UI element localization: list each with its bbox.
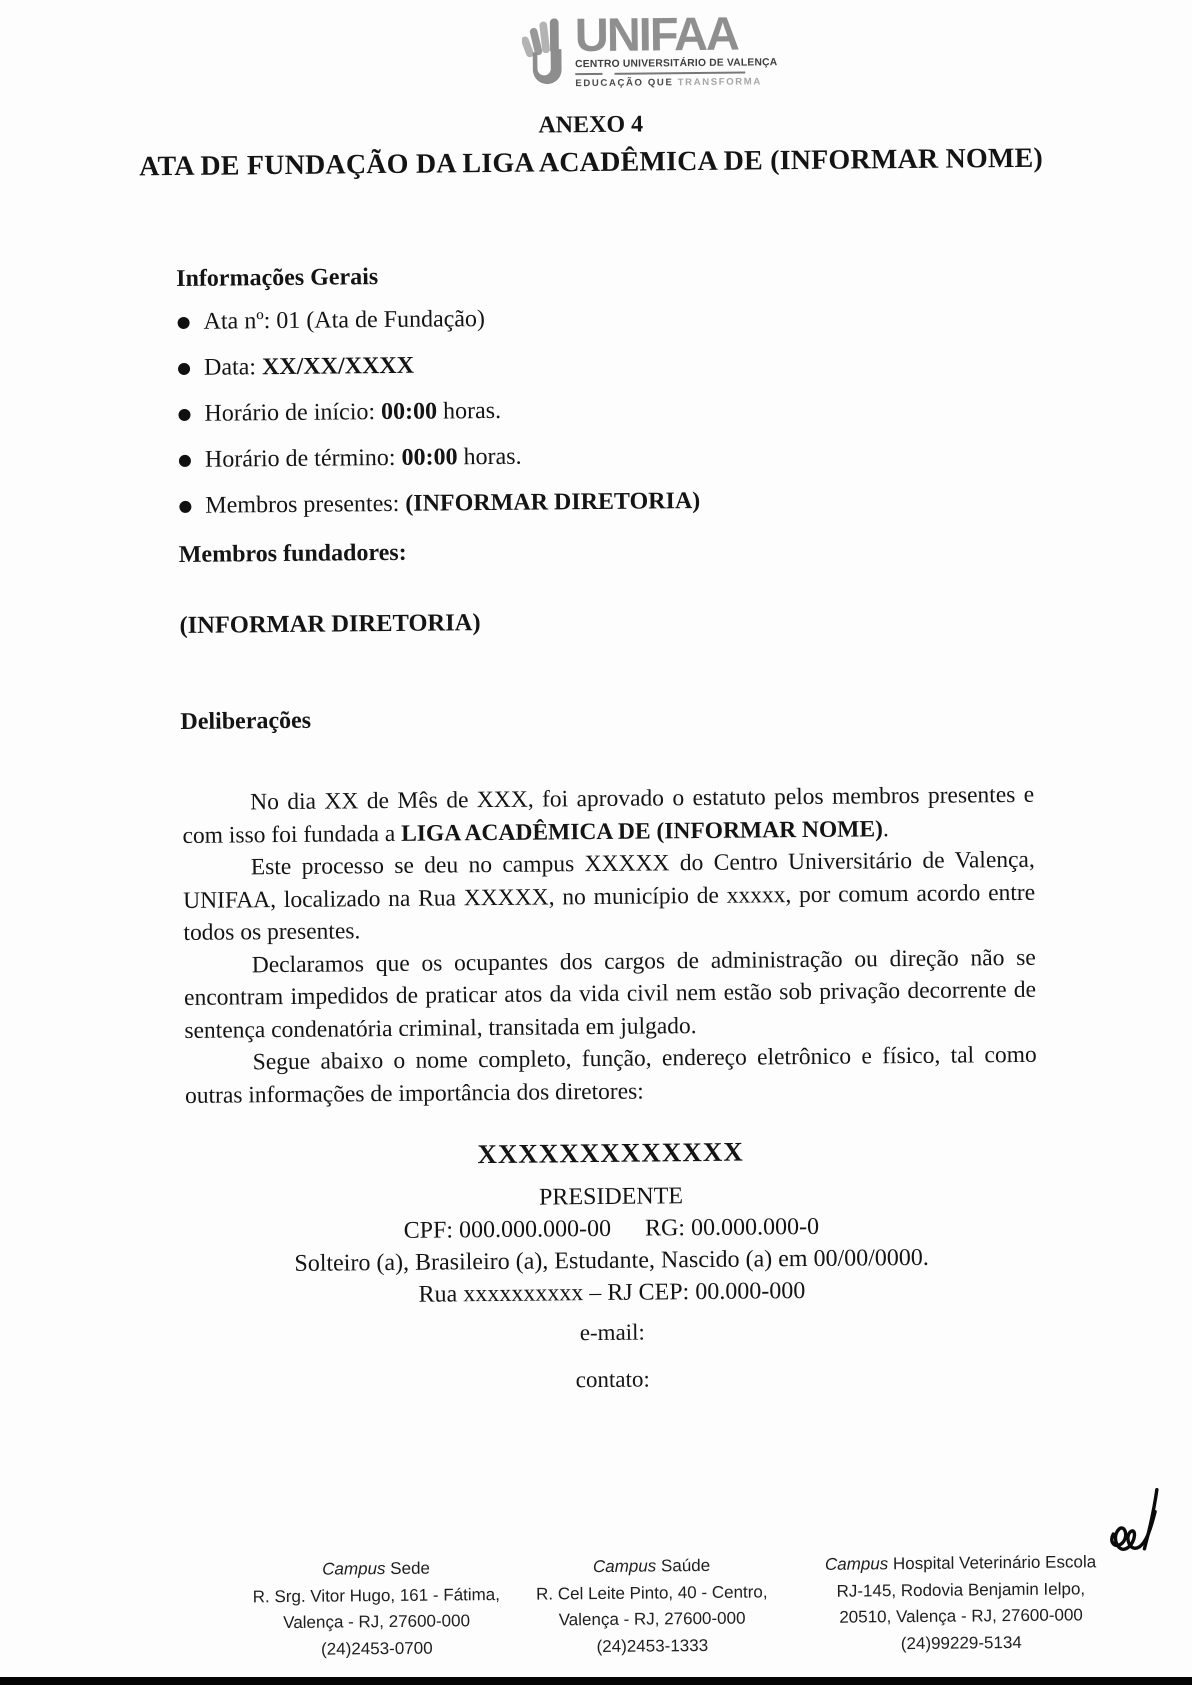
footer-campus-hospital-veterinario: Campus Hospital Veterinário Escola RJ-14… — [780, 1549, 1141, 1658]
unifaa-logo-name: UNIFAA — [575, 13, 745, 57]
bullet-icon — [179, 501, 191, 513]
deliberations-body: No dia XX de Mês de XXX, foi aprovado o … — [182, 779, 1037, 1112]
unifaa-logo-tagline: EDUCAÇÃO QUE TRANSFORMA — [575, 77, 745, 90]
campus-phone: (24)99229-5134 — [781, 1628, 1141, 1658]
tagline-dark: EDUCAÇÃO QUE — [575, 77, 673, 89]
footer-campus-saude: Campus Saúde R. Cel Leite Pinto, 40 - Ce… — [486, 1552, 817, 1661]
contact-label: contato: — [187, 1363, 1039, 1397]
list-item-text: Membros presentes: (INFORMAR DIRETORIA) — [205, 486, 700, 522]
campus-name: Campus Hospital Veterinário Escola — [780, 1549, 1140, 1579]
document-title: ATA DE FUNDAÇÃO DA LIGA ACADÊMICA DE (IN… — [0, 141, 1187, 184]
list-item: Horário de término: 00:00 horas. — [179, 437, 1039, 476]
annex-heading: ANEXO 4 — [0, 106, 1187, 144]
logo-divider — [575, 72, 745, 76]
unifaa-logo-subtitle: CENTRO UNIVERSITÁRIO DE VALENÇA — [575, 58, 745, 71]
list-item-text: Data: XX/XX/XXXX — [204, 351, 414, 384]
campus-address-line: RJ-145, Rodovia Benjamin Ielpo, — [781, 1575, 1141, 1605]
email-label: e-mail: — [186, 1316, 1038, 1350]
document-content: UNIFAA CENTRO UNIVERSITÁRIO DE VALENÇA E… — [0, 0, 1192, 1685]
president-civil-status: Solteiro (a), Brasileiro (a), Estudante,… — [186, 1244, 1038, 1279]
bullet-icon — [178, 363, 190, 375]
list-item: Data: XX/XX/XXXX — [178, 345, 1038, 384]
tagline-light: TRANSFORMA — [678, 76, 762, 88]
list-item: Membros presentes: (INFORMAR DIRETORIA) — [179, 483, 1039, 522]
founders-heading: Membros fundadores: — [179, 540, 407, 569]
unifaa-hand-icon — [522, 18, 571, 103]
list-item: Ata nº: 01 (Ata de Fundação) — [177, 299, 1037, 338]
paragraph: Segue abaixo o nome completo, função, en… — [185, 1039, 1038, 1112]
founders-placeholder: (INFORMAR DIRETORIA) — [179, 609, 480, 640]
bullet-icon — [179, 455, 191, 467]
unifaa-logo: UNIFAA CENTRO UNIVERSITÁRIO DE VALENÇA E… — [522, 13, 746, 104]
scanned-document-page: UNIFAA CENTRO UNIVERSITÁRIO DE VALENÇA E… — [0, 0, 1192, 1685]
scan-edge-bar — [0, 1677, 1192, 1685]
paragraph: Declaramos que os ocupantes dos cargos d… — [184, 941, 1037, 1047]
bullet-icon — [178, 317, 190, 329]
unifaa-logo-text: UNIFAA CENTRO UNIVERSITÁRIO DE VALENÇA E… — [575, 13, 746, 90]
campus-address-line: Valença - RJ, 27600-000 — [487, 1605, 817, 1635]
campus-name: Campus Saúde — [486, 1552, 816, 1582]
president-name-placeholder: XXXXXXXXXXXXX — [184, 1134, 1036, 1173]
paragraph: No dia XX de Mês de XXX, foi aprovado o … — [182, 779, 1035, 852]
general-info-list: Ata nº: 01 (Ata de Fundação) Data: XX/XX… — [177, 299, 1039, 537]
campus-address-line: 20510, Valença - RJ, 27600-000 — [781, 1602, 1141, 1632]
campus-phone: (24)2453-1333 — [487, 1631, 817, 1661]
president-cpf-rg: CPF: 000.000.000-00RG: 00.000.000-0 — [185, 1212, 1037, 1247]
list-item-text: Horário de início: 00:00 horas. — [204, 396, 501, 430]
president-address: Rua xxxxxxxxxx – RJ CEP: 00.000-000 — [186, 1276, 1038, 1311]
deliberations-heading: Deliberações — [180, 708, 311, 736]
president-cpf: CPF: 000.000.000-00 — [404, 1216, 612, 1244]
president-rg: RG: 00.000.000-0 — [645, 1214, 819, 1242]
president-role: PRESIDENTE — [185, 1180, 1037, 1215]
paragraph: Este processo se deu no campus XXXXX do … — [183, 844, 1036, 950]
list-item-text: Horário de término: 00:00 horas. — [205, 442, 522, 476]
campus-address-line: R. Cel Leite Pinto, 40 - Centro, — [487, 1578, 817, 1608]
list-item-text: Ata nº: 01 (Ata de Fundação) — [203, 304, 485, 338]
bullet-icon — [178, 409, 190, 421]
general-info-heading: Informações Gerais — [176, 264, 378, 293]
list-item: Horário de início: 00:00 horas. — [178, 391, 1038, 430]
